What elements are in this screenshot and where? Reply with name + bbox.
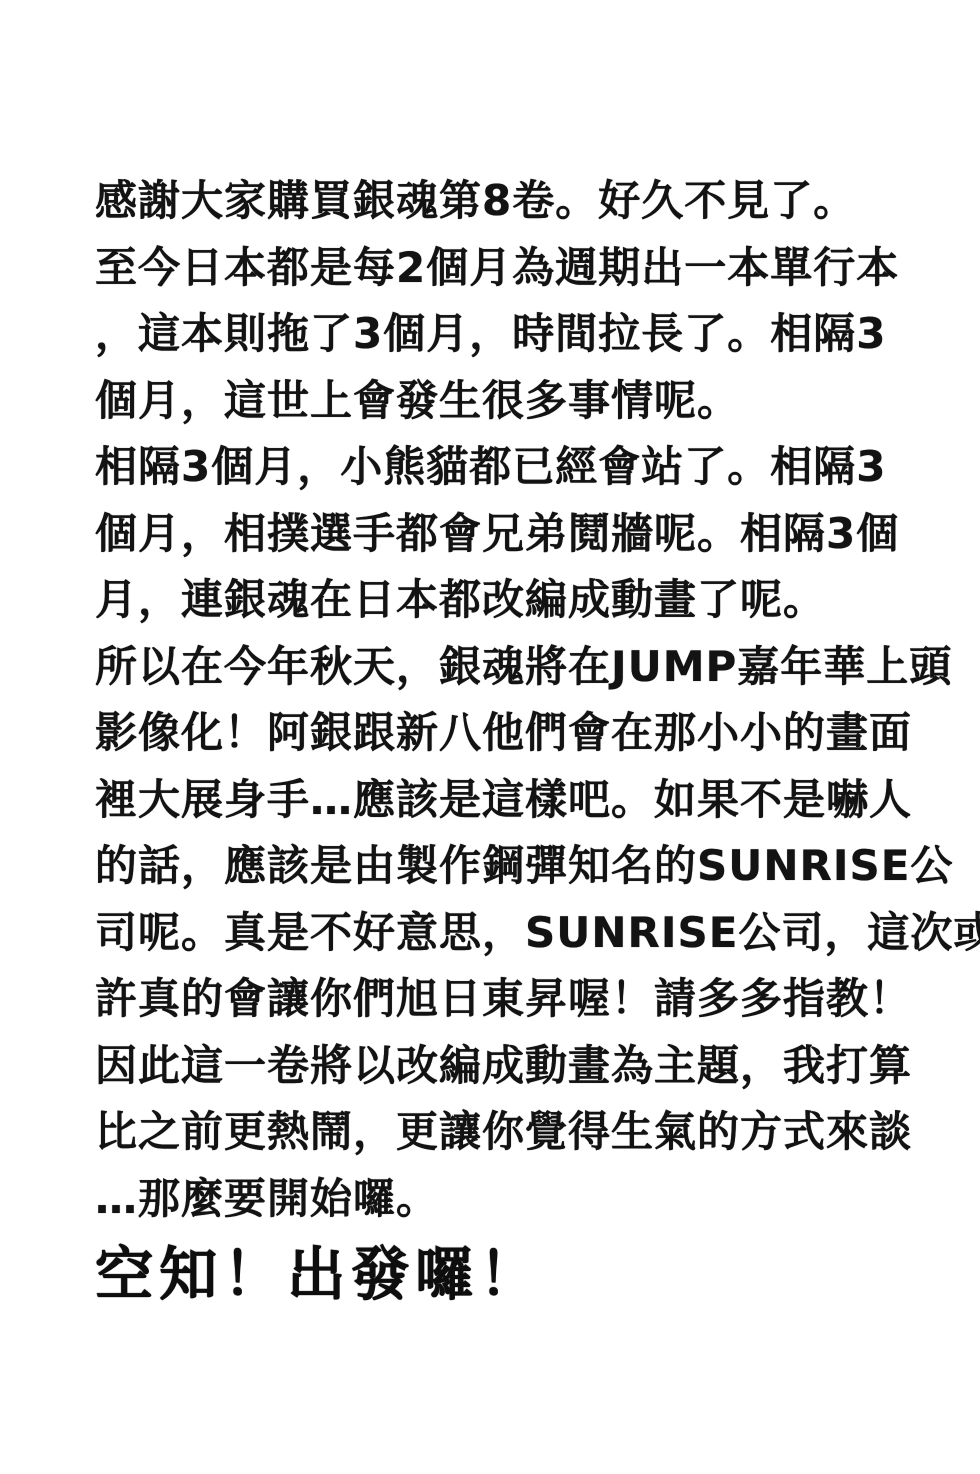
author-note-line: 影像化！阿銀跟新八他們會在那小小的畫面	[95, 700, 925, 767]
author-note-line: 比之前更熱鬧，更讓你覺得生氣的方式來談	[95, 1099, 925, 1166]
author-note-line: ，這本則拖了3個月，時間拉長了。相隔3	[95, 301, 925, 368]
author-note-line: 個月，相撲選手都會兄弟鬩牆呢。相隔3個	[95, 501, 925, 568]
signoff-line: 空知！出發囉！	[95, 1238, 543, 1310]
author-note-line: 至今日本都是每2個月為週期出一本單行本	[95, 235, 925, 302]
author-note-line: 許真的會讓你們旭日東昇喔！請多多指教！	[95, 966, 925, 1033]
author-note-line: 裡大展身手…應該是這樣吧。如果不是嚇人	[95, 767, 925, 834]
author-note-line: 月，連銀魂在日本都改編成動畫了呢。	[95, 567, 925, 634]
author-note-line: 的話，應該是由製作鋼彈知名的SUNRISE公	[95, 833, 925, 900]
manga-author-note-page: 感謝大家購買銀魂第8卷。好久不見了。 至今日本都是每2個月為週期出一本單行本 ，…	[0, 0, 980, 1474]
author-note-line: …那麼要開始囉。	[95, 1166, 925, 1233]
author-note-line: 感謝大家購買銀魂第8卷。好久不見了。	[95, 168, 925, 235]
author-note-line: 因此這一卷將以改編成動畫為主題，我打算	[95, 1033, 925, 1100]
author-note-line: 相隔3個月，小熊貓都已經會站了。相隔3	[95, 434, 925, 501]
author-note-text-block: 感謝大家購買銀魂第8卷。好久不見了。 至今日本都是每2個月為週期出一本單行本 ，…	[95, 168, 925, 1232]
author-note-line: 司呢。真是不好意思，SUNRISE公司，這次或	[95, 900, 925, 967]
author-note-line: 個月，這世上會發生很多事情呢。	[95, 368, 925, 435]
author-note-line: 所以在今年秋天，銀魂將在JUMP嘉年華上頭	[95, 634, 925, 701]
